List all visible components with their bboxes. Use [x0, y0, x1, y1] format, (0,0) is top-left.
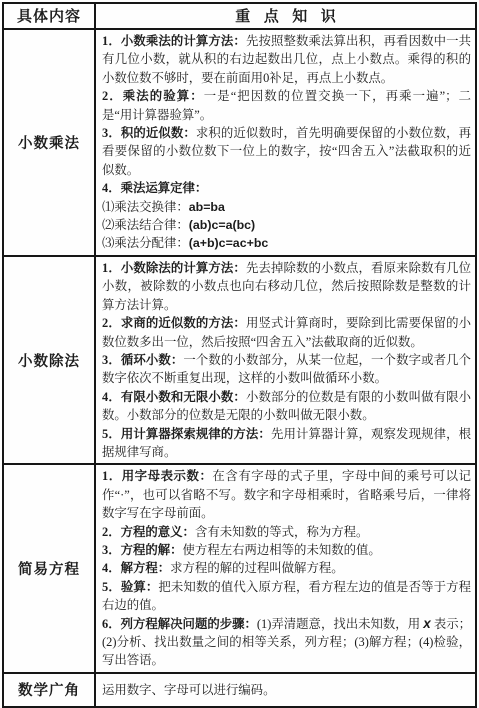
entry: 4．乘法运算定律： — [102, 179, 471, 197]
entry: 3．循环小数：一个数的小数部分，从某一位起，一个数字或者几个数字依次不断重复出现… — [102, 351, 471, 388]
entry-segment: 1．用字母表示数： — [102, 469, 212, 483]
knowledge-table: 具体内容 重点知识 小数乘法1．小数乘法的计算方法：先按照整数乘法算出积，再看因… — [2, 2, 477, 708]
entry-segment: ⑵乘法结合律： — [102, 218, 189, 232]
entry-segment: 含有未知数的等式，称为方程。 — [195, 525, 368, 539]
entry-segment: 5．用计算器探索规律的方法： — [102, 427, 271, 441]
table-row: 小数除法1．小数除法的计算方法：先去掉除数的小数点，看原来除数有几位小数，被除数… — [3, 256, 476, 464]
content-cell: 1．小数乘法的计算方法：先按照整数乘法算出积，再看因数中一共有几位小数，就从积的… — [95, 29, 476, 256]
entry-segment: 2．求商的近似数的方法： — [102, 316, 246, 330]
entry-segment: 4．解方程： — [102, 561, 170, 575]
entry: ⑴乘法交换律：ab=ba — [102, 198, 471, 216]
content-cell: 运用数字、字母可以进行编码。 — [95, 673, 476, 707]
entry: 3．积的近似数：求积的近似数时，首先明确要保留的小数位数，再看要保留的小数位数下… — [102, 124, 471, 179]
entry-segment: (a+b)c=ac+bc — [189, 236, 269, 250]
content-cell: 1．小数除法的计算方法：先去掉除数的小数点，看原来除数有几位小数，被除数的小数点… — [95, 256, 476, 464]
entry-segment: 2．乘法的验算： — [102, 89, 204, 103]
entry-segment: 运用数字、字母可以进行编码。 — [102, 683, 275, 697]
entry: 4．解方程：求方程的解的过程叫做解方程。 — [102, 559, 471, 577]
entry-segment: 3．积的近似数： — [102, 126, 196, 140]
entry: 2．乘法的验算：一是“把因数的位置交换一下，再乘一遍”；二是“用计算器验算”。 — [102, 87, 471, 124]
entry: 5．用计算器探索规律的方法：先用计算器计算，观察发现规律，根据规律写商。 — [102, 425, 471, 462]
entry: 5．验算：把未知数的值代入原方程，看方程左边的值是否等于方程右边的值。 — [102, 578, 471, 615]
entry-segment: 4．乘法运算定律： — [102, 181, 207, 195]
entry-segment: 6．列方程解决问题的步骤： — [102, 617, 257, 631]
entry-segment: 使方程左右两边相等的未知数的值。 — [183, 543, 381, 557]
topic-cell: 小数乘法 — [3, 29, 95, 256]
entry-segment: (1)弄清题意，找出未知数，用 — [257, 617, 423, 631]
entry: 2．求商的近似数的方法：用竖式计算商时，要除到比需要保留的小数位数多出一位，然后… — [102, 314, 471, 351]
header-content-label: 重点知识 — [95, 3, 476, 29]
entry-segment: ⑶乘法分配律： — [102, 236, 189, 250]
entry: 3．方程的解：使方程左右两边相等的未知数的值。 — [102, 541, 471, 559]
entry: 4．有限小数和无限小数：小数部分的位数是有限的小数叫做有限小数。小数部分的位数是… — [102, 388, 471, 425]
header-topic-label: 具体内容 — [3, 3, 95, 29]
entry-segment: ⑴乘法交换律： — [102, 200, 189, 214]
table-row: 小数乘法1．小数乘法的计算方法：先按照整数乘法算出积，再看因数中一共有几位小数，… — [3, 29, 476, 256]
entry-segment: 1．小数除法的计算方法： — [102, 261, 246, 275]
entry-segment: 5．验算： — [102, 580, 158, 594]
entry-segment: 1．小数乘法的计算方法： — [102, 34, 246, 48]
entry-segment: 求方程的解的过程叫做解方程。 — [170, 561, 343, 575]
entry-segment: 把未知数的值代入原方程，看方程左边的值是否等于方程右边的值。 — [102, 580, 471, 612]
entry-segment: ab=ba — [189, 200, 225, 214]
entry: 6．列方程解决问题的步骤：(1)弄清题意，找出未知数，用 x 表示；(2)分析、… — [102, 615, 471, 670]
entry-segment: 3．方程的解： — [102, 543, 183, 557]
entry-segment: (ab)c=a(bc) — [189, 218, 255, 232]
entry: 1．小数除法的计算方法：先去掉除数的小数点，看原来除数有几位小数，被除数的小数点… — [102, 259, 471, 314]
entry-segment: 3．循环小数： — [102, 353, 183, 367]
entry: ⑶乘法分配律：(a+b)c=ac+bc — [102, 234, 471, 252]
table-row: 数学广角运用数字、字母可以进行编码。 — [3, 673, 476, 707]
entry-segment: 2．方程的意义： — [102, 525, 195, 539]
entry: 1．小数乘法的计算方法：先按照整数乘法算出积，再看因数中一共有几位小数，就从积的… — [102, 32, 471, 87]
entry-segment: 4．有限小数和无限小数： — [102, 390, 246, 404]
entry: 2．方程的意义：含有未知数的等式，称为方程。 — [102, 523, 471, 541]
topic-cell: 数学广角 — [3, 673, 95, 707]
table-body: 小数乘法1．小数乘法的计算方法：先按照整数乘法算出积，再看因数中一共有几位小数，… — [3, 29, 476, 707]
topic-cell: 简易方程 — [3, 464, 95, 672]
entry: ⑵乘法结合律：(ab)c=a(bc) — [102, 216, 471, 234]
entry: 1．用字母表示数：在含有字母的式子里，字母中间的乘号可以记作“·”，也可以省略不… — [102, 467, 471, 522]
entry: 运用数字、字母可以进行编码。 — [102, 681, 471, 699]
entry-segment: x — [423, 616, 431, 631]
table-row: 简易方程1．用字母表示数：在含有字母的式子里，字母中间的乘号可以记作“·”，也可… — [3, 464, 476, 672]
content-cell: 1．用字母表示数：在含有字母的式子里，字母中间的乘号可以记作“·”，也可以省略不… — [95, 464, 476, 672]
header-row: 具体内容 重点知识 — [3, 3, 476, 29]
topic-cell: 小数除法 — [3, 256, 95, 464]
table-header: 具体内容 重点知识 — [3, 3, 476, 29]
